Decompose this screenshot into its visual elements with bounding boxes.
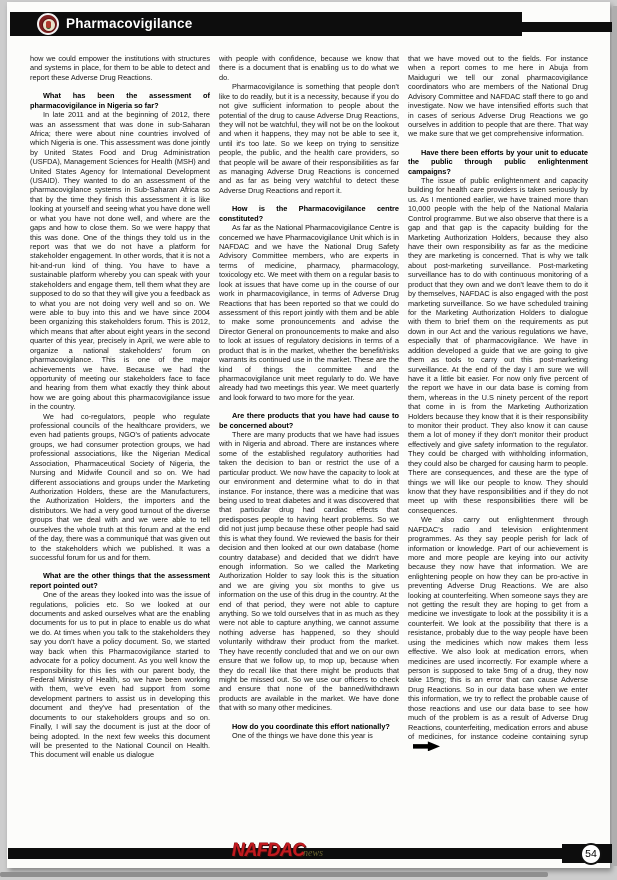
- article-column-3: that we have moved out to the fields. Fo…: [408, 54, 588, 760]
- continued-arrow-icon: [413, 741, 440, 751]
- question-heading: Have there been efforts by your unit to …: [408, 148, 588, 176]
- paragraph: The issue of public enlightenment and ca…: [408, 176, 588, 515]
- header-bar-extension: [522, 22, 612, 32]
- question-heading: Are there products that you have had cau…: [219, 411, 399, 430]
- section-title: Pharmacovigilance: [66, 16, 192, 31]
- paragraph: One of the things we have done this year…: [219, 731, 399, 740]
- magazine-page-scan: Pharmacovigilance how we could empower t…: [0, 0, 617, 880]
- paragraph: that we have moved out to the fields. Fo…: [408, 54, 588, 139]
- question-heading: How is the Pharmacovigilance centre cons…: [219, 204, 399, 223]
- paragraph: Pharmacovigilance is something that peop…: [219, 82, 399, 195]
- paragraph: As far as the National Pharmacovigilance…: [219, 223, 399, 402]
- paragraph: We had co-regulators, people who regulat…: [30, 412, 210, 563]
- paragraph: In late 2011 and at the beginning of 201…: [30, 110, 210, 412]
- page-number: 54: [580, 843, 602, 865]
- article-column-1: how we could empower the institutions wi…: [30, 54, 210, 760]
- magazine-suffix: news: [303, 848, 323, 859]
- scan-right-edge: [613, 6, 617, 866]
- paragraph: We also carry out enlightenment through …: [408, 515, 588, 752]
- paragraph: how we could empower the institutions wi…: [30, 54, 210, 82]
- nafdac-seal-center: [42, 18, 56, 32]
- paragraph: with people with confidence, because we …: [219, 54, 399, 82]
- question-heading: What are the other things that the asses…: [30, 571, 210, 590]
- nafdac-seal-icon: [37, 13, 59, 35]
- article-column-2: with people with confidence, because we …: [219, 54, 399, 760]
- magazine-name: NAFDAC: [232, 840, 305, 860]
- paragraph: One of the areas they looked into was th…: [30, 590, 210, 760]
- article-body: how we could empower the institutions wi…: [30, 54, 588, 760]
- question-heading: What has been the assessment of pharmaco…: [30, 91, 210, 110]
- magazine-logo: NAFDACnews: [232, 840, 323, 861]
- paragraph: There are many products that we have had…: [219, 430, 399, 713]
- question-heading: How do you coordinate this effort nation…: [219, 722, 399, 731]
- scan-edge-shadow: [0, 872, 548, 877]
